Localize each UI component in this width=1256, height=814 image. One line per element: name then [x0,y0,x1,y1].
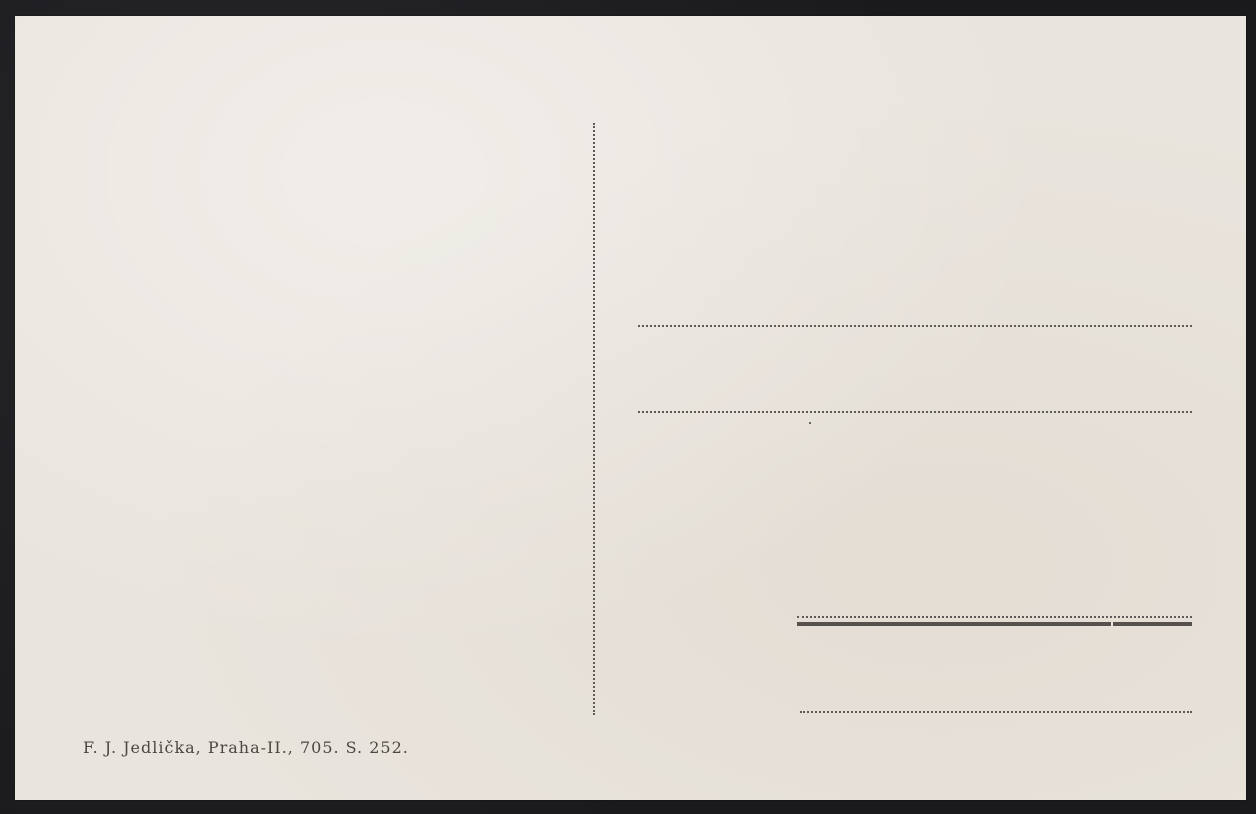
paper-speck [809,422,811,424]
address-line-3 [797,616,1192,618]
address-line-4 [800,711,1192,713]
publisher-imprint: F. J. Jedlička, Praha-II., 705. S. 252. [83,738,409,757]
address-line-1 [638,325,1192,327]
message-address-divider [593,123,595,715]
rule-gap [1111,622,1113,626]
postcard: F. J. Jedlička, Praha-II., 705. S. 252. [15,16,1246,800]
address-line-2 [638,411,1192,413]
address-underline-rule [797,622,1192,626]
